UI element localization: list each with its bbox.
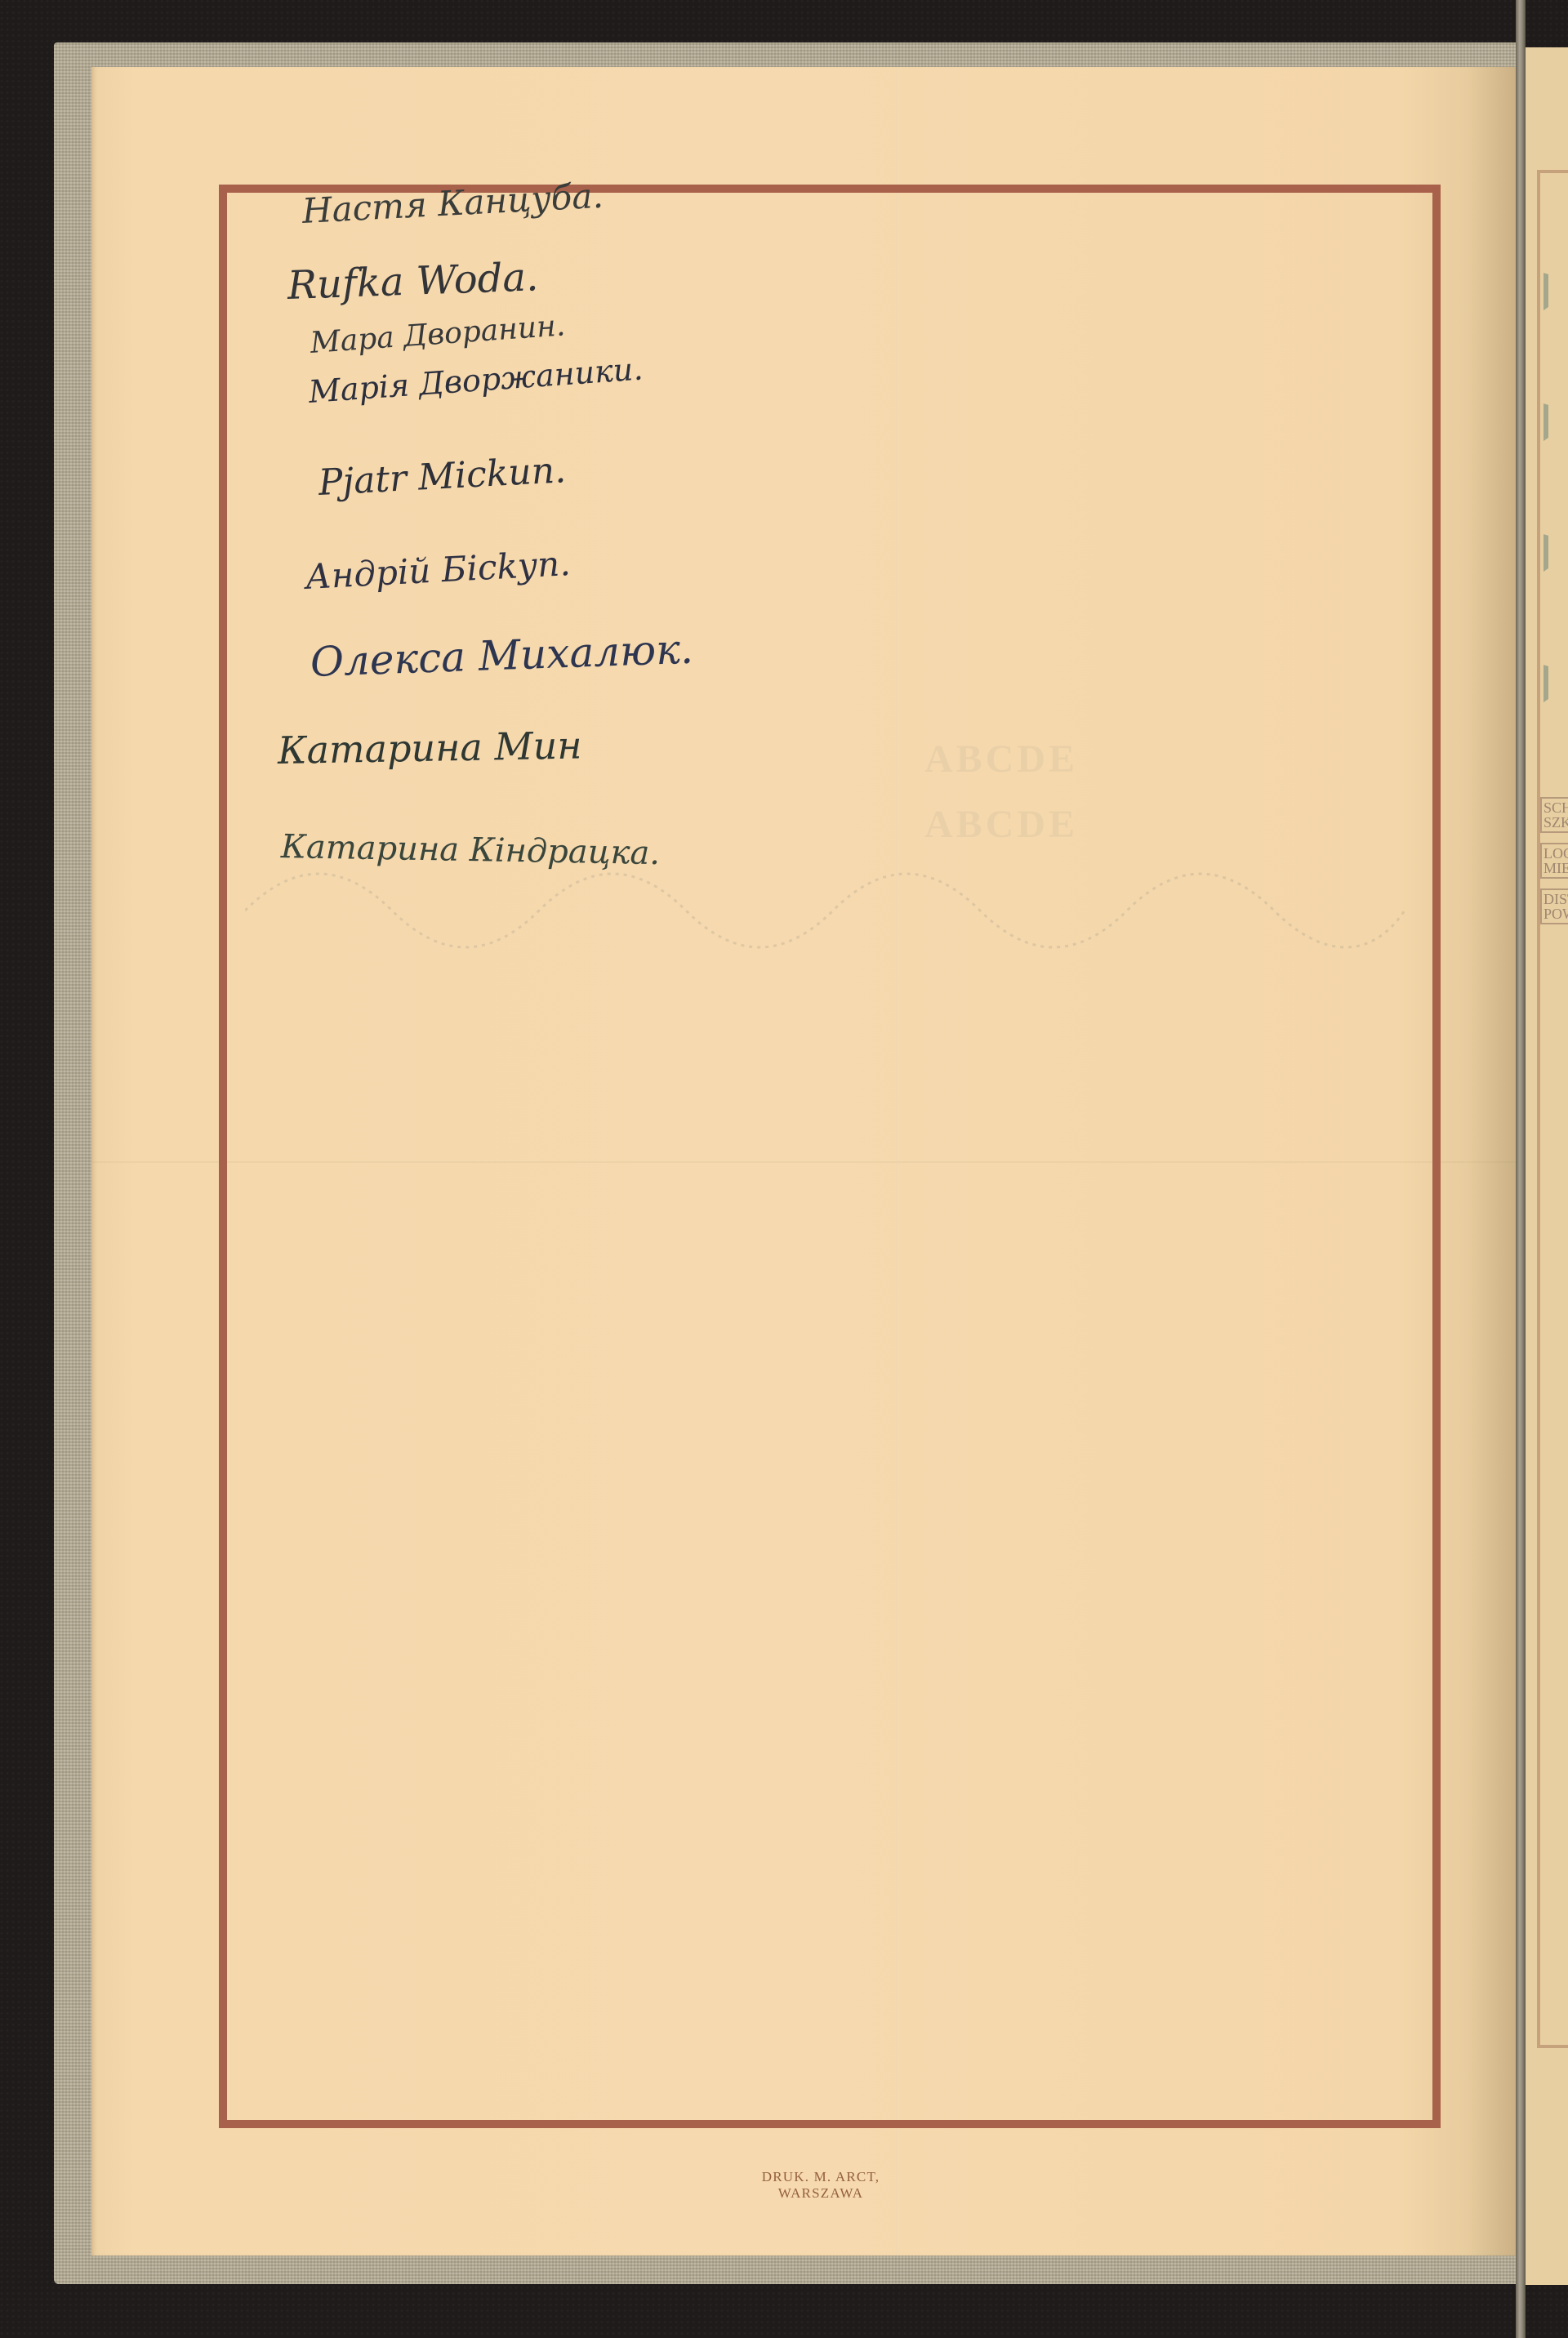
facing-label-locality: LOCA MIEJ — [1540, 843, 1568, 879]
signature-9: Катарина Кіндрацка. — [281, 828, 661, 872]
book-spine — [1516, 0, 1526, 2338]
book-page: ABCDE ABCDE Настя Канцуба. Rufka Woda. М… — [91, 67, 1516, 2256]
facing-label-district: DIST POW — [1540, 888, 1568, 924]
signature-8: Катарина Мин — [278, 724, 582, 773]
facing-page-frame — [1537, 170, 1568, 2048]
printer-imprint: DRUK. M. ARCT, WARSZAWA — [719, 2169, 923, 2202]
facing-label-school: SCHO SZKO — [1540, 797, 1568, 833]
signature-2: Rufka Woda. — [287, 254, 539, 309]
gutter-shadow — [1467, 67, 1516, 2256]
facing-page-edge: SCHO SZKO LOCA MIEJ DIST POW — [1526, 47, 1568, 2285]
